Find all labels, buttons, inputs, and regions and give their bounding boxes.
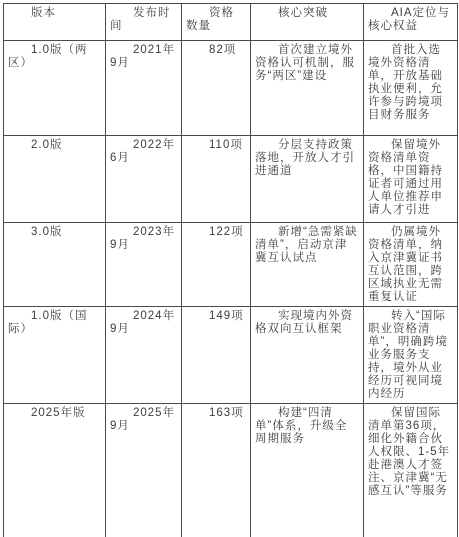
cell-release-date: 2025年9月 (106, 404, 182, 537)
table-row: 2.0版 2022年6月 110项 分层支持政策落地，开放人才引进通道 保留境外… (4, 136, 458, 223)
cell-version: 1.0版（国际） (4, 307, 106, 404)
cell-version: 3.0版 (4, 223, 106, 307)
column-header-aia-positioning: AIA定位与核心权益 (364, 4, 458, 41)
table-row: 1.0版（国际） 2024年9月 149项 实现境内外资格双向互认框架 转入“国… (4, 307, 458, 404)
document-page: 版本 发布时间 资格数量 核心突破 AIA定位与核心权益 1.0版（两区） 20… (0, 0, 459, 537)
cell-qualification-count: 82项 (182, 41, 251, 136)
cell-aia-positioning: 保留境外资格清单资格，中国籍持证者可通过用人单位推荐申请人才引进 (364, 136, 458, 223)
cell-version: 2025年版 (4, 404, 106, 537)
column-header-release-date: 发布时间 (106, 4, 182, 41)
cell-version: 1.0版（两区） (4, 41, 106, 136)
table-header-row: 版本 发布时间 资格数量 核心突破 AIA定位与核心权益 (4, 4, 458, 41)
cell-aia-positioning: 首批入选境外资格清单，开放基础执业便利，允许参与跨境项目财务服务 (364, 41, 458, 136)
qualification-version-table: 版本 发布时间 资格数量 核心突破 AIA定位与核心权益 1.0版（两区） 20… (3, 3, 458, 537)
cell-release-date: 2021年9月 (106, 41, 182, 136)
column-header-core-breakthrough: 核心突破 (251, 4, 364, 41)
cell-release-date: 2024年9月 (106, 307, 182, 404)
cell-aia-positioning: 转入“国际职业资格清单”，明确跨境业务服务支持，境外从业经历可视同境内经历 (364, 307, 458, 404)
cell-core-breakthrough: 构建“四清单”体系，升级全周期服务 (251, 404, 364, 537)
table-row: 1.0版（两区） 2021年9月 82项 首次建立境外资格认可机制，服务“两区”… (4, 41, 458, 136)
table-row: 2025年版 2025年9月 163项 构建“四清单”体系，升级全周期服务 保留… (4, 404, 458, 537)
cell-qualification-count: 110项 (182, 136, 251, 223)
cell-release-date: 2023年9月 (106, 223, 182, 307)
cell-qualification-count: 163项 (182, 404, 251, 537)
table-row: 3.0版 2023年9月 122项 新增“急需紧缺清单”，启动京津冀互认试点 仍… (4, 223, 458, 307)
cell-core-breakthrough: 分层支持政策落地，开放人才引进通道 (251, 136, 364, 223)
cell-core-breakthrough: 新增“急需紧缺清单”，启动京津冀互认试点 (251, 223, 364, 307)
cell-aia-positioning: 仍属境外资格清单，纳入京津冀证书互认范围，跨区域执业无需重复认证 (364, 223, 458, 307)
cell-core-breakthrough: 首次建立境外资格认可机制，服务“两区”建设 (251, 41, 364, 136)
cell-aia-positioning: 保留国际清单第36项，细化外籍合伙人权限、1-5年赴港澳人才签注、京津冀“无感互… (364, 404, 458, 537)
cell-version: 2.0版 (4, 136, 106, 223)
column-header-qualification-count: 资格数量 (182, 4, 251, 41)
column-header-version: 版本 (4, 4, 106, 41)
cell-qualification-count: 122项 (182, 223, 251, 307)
cell-core-breakthrough: 实现境内外资格双向互认框架 (251, 307, 364, 404)
cell-qualification-count: 149项 (182, 307, 251, 404)
cell-release-date: 2022年6月 (106, 136, 182, 223)
